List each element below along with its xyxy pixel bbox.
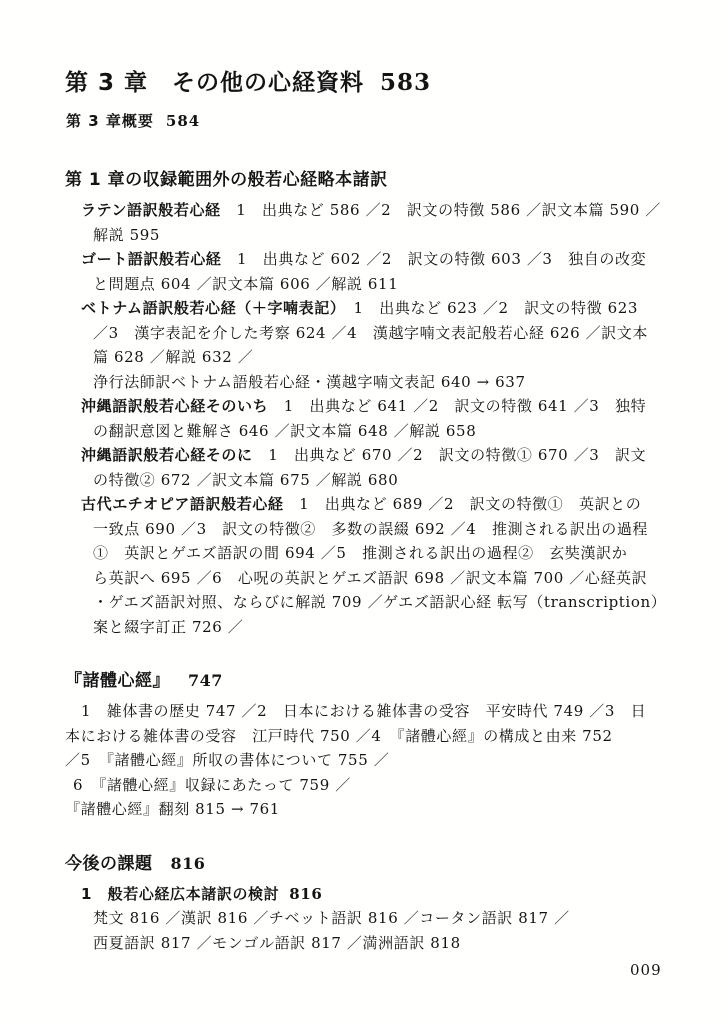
entry-text: 浄行法師訳ベトナム語般若心経・漢越字喃文表記 640 → 637 (93, 373, 526, 391)
entry-text: 1 出典など 586 ／2 訳文の特徴 586 ／訳文本篇 590 ／ (221, 201, 661, 219)
entry-text: ／3 漢字表記を介した考察 624 ／4 漢越字喃文表記般若心経 626 ／訳文… (93, 324, 648, 342)
toc-line: ベトナム語訳般若心経（＋字喃表記） 1 出典など 623 ／2 訳文の特徴 62… (65, 296, 667, 321)
entry-title: ベトナム語訳般若心経（＋字喃表記） (81, 299, 338, 317)
entry-text: 1 出典など 641 ／2 訳文の特徴 641 ／3 独特 (268, 397, 646, 415)
toc-line: の翻訳意図と難解さ 646 ／訳文本篇 648 ／解説 658 (65, 419, 667, 444)
entry-text: の特徴② 672 ／訳文本篇 675 ／解説 680 (93, 471, 398, 489)
entry-title: ゴート語訳般若心経 (81, 250, 221, 268)
toc-line: ① 英訳とゲエズ語訳の間 694 ／5 推測される訳出の過程② 玄奘漢訳か (65, 541, 667, 566)
toc-line: と問題点 604 ／訳文本篇 606 ／解説 611 (65, 272, 667, 297)
section-heading-text: 今後の課題 (65, 854, 153, 874)
toc-content: 第 3 章 その他の心経資料583 第 3 章概要584 第 1 章の収録範囲外… (0, 0, 725, 955)
toc-section: 『諸體心經』7471 雑体書の歴史 747 ／2 日本における雑体書の受容 平安… (65, 666, 667, 822)
section-heading-text: 第 1 章の収録範囲外の般若心経略本諸訳 (65, 170, 388, 190)
toc-line: ／3 漢字表記を介した考察 624 ／4 漢越字喃文表記般若心経 626 ／訳文… (65, 321, 667, 346)
chapter-title-text: 第 3 章 その他の心経資料 (65, 70, 364, 96)
entry-title: 沖縄語訳般若心経そのいち (81, 397, 268, 415)
toc-line: 梵文 816 ／漢訳 816 ／チベット語訳 816 ／コータン語訳 817 ／ (65, 906, 667, 931)
entry-text: の翻訳意図と難解さ 646 ／訳文本篇 648 ／解説 658 (93, 422, 476, 440)
book-page: 第 3 章 その他の心経資料583 第 3 章概要584 第 1 章の収録範囲外… (0, 0, 725, 1024)
entry-title: 沖縄語訳般若心経そのに (81, 446, 253, 464)
toc-line: 解説 595 (65, 223, 667, 248)
toc-line: ら英訳へ 695 ／6 心呪の英訳とゲエズ語訳 698 ／訳文本篇 700 ／心… (65, 566, 667, 591)
entry-text: 梵文 816 ／漢訳 816 ／チベット語訳 816 ／コータン語訳 817 ／ (93, 909, 570, 927)
chapter-overview-page-number: 584 (166, 112, 200, 130)
toc-sections: 第 1 章の収録範囲外の般若心経略本諸訳ラテン語訳般若心経 1 出典など 586… (65, 165, 667, 955)
entry-text: 解説 595 (93, 226, 160, 244)
entry-text: と問題点 604 ／訳文本篇 606 ／解説 611 (93, 275, 398, 293)
section-heading: 今後の課題816 (65, 849, 667, 874)
chapter-overview-line: 第 3 章概要584 (66, 110, 667, 131)
entry-text: 西夏語訳 817 ／モンゴル語訳 817 ／満洲語訳 818 (93, 934, 461, 952)
entry-text: ／5 『諸體心經』所収の書体について 755 ／ (65, 751, 389, 769)
toc-line: 1 般若心経広本諸訳の検討816 (65, 882, 667, 907)
entry-text: 6 『諸體心經』収録にあたって 759 ／ (73, 776, 351, 794)
toc-line: 沖縄語訳般若心経そのに 1 出典など 670 ／2 訳文の特徴① 670 ／3 … (65, 443, 667, 468)
section-heading-page-number: 816 (171, 854, 206, 873)
toc-line: ラテン語訳般若心経 1 出典など 586 ／2 訳文の特徴 586 ／訳文本篇 … (65, 198, 667, 223)
entry-text: 本における雑体書の受容 江戸時代 750 ／4 『諸體心經』の構成と由来 752 (65, 727, 613, 745)
section-heading-page-number: 747 (188, 671, 223, 690)
toc-section: 今後の課題8161 般若心経広本諸訳の検討816梵文 816 ／漢訳 816 ／… (65, 849, 667, 956)
entry-title: 1 般若心経広本諸訳の検討 (81, 885, 279, 903)
entry-title: 古代エチオピア語訳般若心経 (81, 495, 284, 513)
toc-line: ゴート語訳般若心経 1 出典など 602 ／2 訳文の特徴 603 ／3 独自の… (65, 247, 667, 272)
toc-line: 本における雑体書の受容 江戸時代 750 ／4 『諸體心經』の構成と由来 752 (65, 724, 667, 749)
toc-line: 篇 628 ／解説 632 ／ (65, 345, 667, 370)
entry-text: ら英訳へ 695 ／6 心呪の英訳とゲエズ語訳 698 ／訳文本篇 700 ／心… (93, 569, 647, 587)
section-heading-text: 『諸體心經』 (65, 671, 170, 691)
toc-line: 沖縄語訳般若心経そのいち 1 出典など 641 ／2 訳文の特徴 641 ／3 … (65, 394, 667, 419)
entry-text: 一致点 690 ／3 訳文の特徴② 多数の誤綴 692 ／4 推測される訳出の過… (93, 520, 648, 538)
entry-text: ・ゲエズ語訳対照、ならびに解説 709 ／ゲエズ語訳心経 転写（transcri… (93, 593, 666, 611)
toc-line: 古代エチオピア語訳般若心経 1 出典など 689 ／2 訳文の特徴① 英訳との (65, 492, 667, 517)
entry-text: 1 出典など 623 ／2 訳文の特徴 623 (338, 299, 638, 317)
chapter-page-number: 583 (380, 69, 431, 96)
section-heading: 第 1 章の収録範囲外の般若心経略本諸訳 (65, 165, 667, 190)
entry-text: 1 雑体書の歴史 747 ／2 日本における雑体書の受容 平安時代 749 ／3… (81, 702, 646, 720)
toc-line: 西夏語訳 817 ／モンゴル語訳 817 ／満洲語訳 818 (65, 931, 667, 956)
entry-title: ラテン語訳般若心経 (81, 201, 221, 219)
toc-line: 浄行法師訳ベトナム語般若心経・漢越字喃文表記 640 → 637 (65, 370, 667, 395)
entry-text: 1 出典など 670 ／2 訳文の特徴① 670 ／3 訳文 (253, 446, 647, 464)
toc-line: の特徴② 672 ／訳文本篇 675 ／解説 680 (65, 468, 667, 493)
entry-text: 篇 628 ／解説 632 ／ (93, 348, 253, 366)
toc-line: 一致点 690 ／3 訳文の特徴② 多数の誤綴 692 ／4 推測される訳出の過… (65, 517, 667, 542)
toc-line: 1 雑体書の歴史 747 ／2 日本における雑体書の受容 平安時代 749 ／3… (65, 699, 667, 724)
section-heading: 『諸體心經』747 (65, 666, 667, 691)
toc-section: 第 1 章の収録範囲外の般若心経略本諸訳ラテン語訳般若心経 1 出典など 586… (65, 165, 667, 639)
entry-text: 1 出典など 602 ／2 訳文の特徴 603 ／3 独自の改変 (221, 250, 646, 268)
entry-text: 『諸體心經』翻刻 815 → 761 (65, 800, 280, 818)
toc-line: 6 『諸體心經』収録にあたって 759 ／ (65, 773, 667, 798)
entry-page-number: 816 (289, 885, 322, 903)
toc-line: 『諸體心經』翻刻 815 → 761 (65, 797, 667, 822)
entry-text: 1 出典など 689 ／2 訳文の特徴① 英訳との (284, 495, 642, 513)
chapter-title-line: 第 3 章 その他の心経資料583 (65, 64, 667, 97)
toc-line: 案と綴字訂正 726 ／ (65, 615, 667, 640)
folio-page-number: 009 (630, 961, 662, 979)
entry-text: ① 英訳とゲエズ語訳の間 694 ／5 推測される訳出の過程② 玄奘漢訳か (93, 544, 627, 562)
toc-line: ・ゲエズ語訳対照、ならびに解説 709 ／ゲエズ語訳心経 転写（transcri… (65, 590, 667, 615)
chapter-overview-text: 第 3 章概要 (66, 112, 154, 130)
entry-text: 案と綴字訂正 726 ／ (93, 618, 243, 636)
toc-line: ／5 『諸體心經』所収の書体について 755 ／ (65, 748, 667, 773)
